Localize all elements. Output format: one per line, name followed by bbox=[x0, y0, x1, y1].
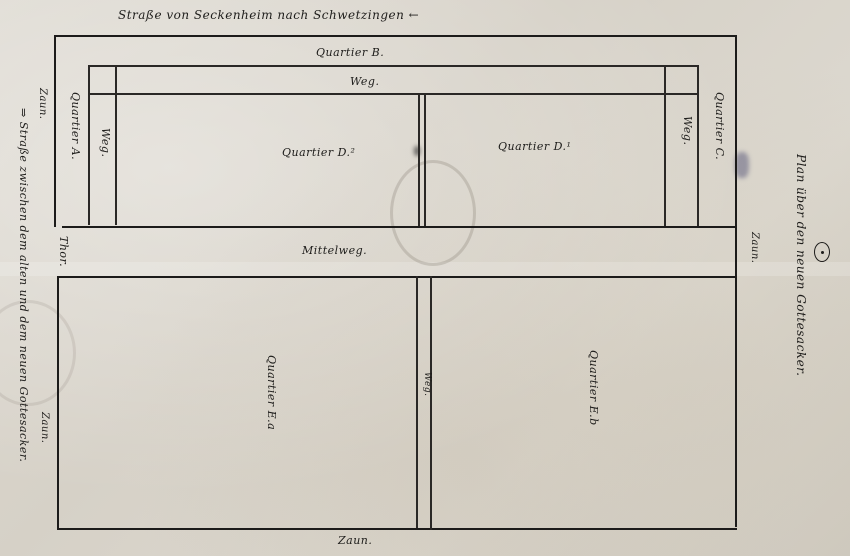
lower-left-line bbox=[57, 276, 59, 529]
label-thor: Thor. bbox=[57, 236, 70, 267]
inner-left-line bbox=[88, 65, 90, 225]
label-quartier-c: Quartier C. bbox=[713, 92, 726, 160]
water-stain-left bbox=[0, 300, 76, 406]
center-divider-upper-a bbox=[418, 93, 420, 228]
weg-left-line bbox=[115, 65, 117, 225]
center-divider-upper-b bbox=[424, 93, 426, 228]
weg-right-line bbox=[664, 65, 666, 228]
label-weg-right: Weg. bbox=[681, 116, 694, 145]
label-weg-top: Weg. bbox=[350, 75, 379, 88]
center-divider-lower-a bbox=[416, 276, 418, 528]
left-margin-zaun-top: Zaun. bbox=[37, 88, 48, 119]
mittelweg-bottom-line bbox=[57, 276, 737, 278]
left-margin-zaun-lower: Zaun. bbox=[39, 412, 50, 443]
mittelweg-top-line bbox=[62, 226, 737, 228]
right-margin-zaun: Zaun. bbox=[749, 232, 760, 263]
ink-blot bbox=[735, 152, 749, 178]
top-caption: Straße von Seckenheim nach Schwetzingen … bbox=[118, 8, 419, 22]
label-weg-center-lower: Weg. bbox=[422, 372, 432, 396]
label-mittelweg: Mittelweg. bbox=[302, 244, 367, 257]
document-sheet: Straße von Seckenheim nach Schwetzingen … bbox=[0, 0, 850, 556]
label-quartier-a: Quartier A. bbox=[69, 92, 82, 160]
label-quartier-d2: Quartier D.² bbox=[282, 146, 355, 159]
outer-left-line bbox=[54, 35, 56, 227]
outer-right-line bbox=[735, 35, 737, 527]
weg-top-line bbox=[88, 93, 698, 95]
center-divider-lower-b bbox=[430, 276, 432, 530]
north-marker-icon bbox=[814, 242, 830, 262]
label-quartier-ea: Quartier E.a bbox=[265, 355, 278, 430]
inner-top-line bbox=[88, 65, 698, 67]
label-quartier-b: Quartier B. bbox=[316, 46, 384, 59]
outer-top-line bbox=[54, 35, 737, 37]
label-quartier-d1: Quartier D.¹ bbox=[498, 140, 571, 153]
label-weg-left: Weg. bbox=[99, 128, 112, 157]
lower-bottom-line bbox=[57, 528, 737, 530]
left-margin-street: ⇒ Straße zwischen dem alten und dem neue… bbox=[17, 108, 30, 462]
inner-right-line bbox=[697, 65, 699, 228]
bottom-caption: Zaun. bbox=[338, 534, 372, 547]
water-stain bbox=[390, 160, 476, 266]
label-quartier-eb: Quartier E.b bbox=[587, 350, 600, 426]
plan-title: Plan über den neuen Gottesacker. bbox=[794, 154, 808, 376]
